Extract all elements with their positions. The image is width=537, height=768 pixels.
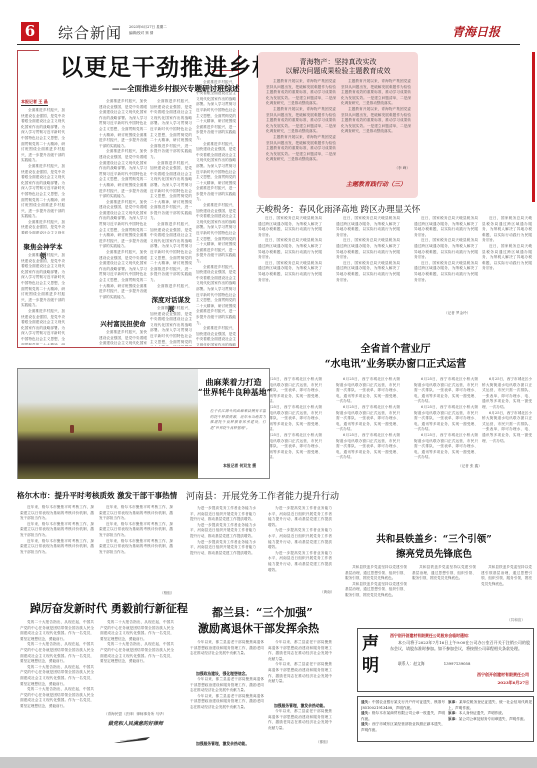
lead-col-1b: 全面推进乡村振兴，加快建设农业强国，是党中央着眼全面建设社会主义现代化国家作出的… bbox=[21, 253, 65, 345]
notice-body: 本公司将于2023年7月16日上午9:00在公司办公室召开关于注销公司的股东会议… bbox=[390, 640, 530, 658]
notice-box: 声明 西宁创开创建材有限责任公司股东会临时通知： 本公司将于2023年7月16日… bbox=[357, 628, 534, 692]
editors: 编辑/校对 窦 倩 bbox=[129, 31, 153, 36]
photo-caption: 位于长江源头的曲麻莱县拥有丰富的牦牛种质资源，近年来当地着力推进牦牛良种繁育体系… bbox=[210, 409, 266, 459]
loss-col-2: 原事：某单位税务登记证遗失，统一社会信用代码见上，声明作废。 原事：本人身份证遗… bbox=[448, 700, 532, 740]
water-title-line1: 全省首个营业厅 bbox=[258, 340, 533, 355]
boxed-title-line2: 以解决问题成果检验主题教育成效 bbox=[258, 66, 418, 76]
page-number: 6 bbox=[21, 22, 39, 41]
lead-col-4: 全面推进乡村振兴，加快建设农业强国，是党中央着眼全面建设社会主义现代化国家作出的… bbox=[196, 80, 236, 346]
essay-col-1: 党的二十大报告指出，从现在起，中国共产党的中心任务就是团结带领全国各族人民全面建… bbox=[20, 620, 94, 756]
photo-feature: 曲麻莱着力打造 “世界牦牛良种基地” 位于长江源头的曲麻莱县拥有丰富的牦牛种质资… bbox=[17, 368, 270, 479]
henan-title: 河南县：开展党务工作者能力提升行动 bbox=[186, 489, 339, 502]
dulan-col-2b: 今年以来，都兰县委老干部局聚焦离退休干部思想政治建设和服务管理工作，激励老同志在… bbox=[268, 709, 332, 739]
dulan-col-1: 今年以来，都兰县委老干部局聚焦离退休干部思想政治建设和服务管理工作，激励老同志在… bbox=[190, 640, 264, 670]
boxed-credit: （李 峰） bbox=[394, 166, 410, 171]
water-title-line2: “水电讯”业务联办窗口正式运营 bbox=[258, 355, 533, 370]
henan-col-1: 为进一步提高党务工作者业务能力水平，河南县近日组织开展党务工作者能力提升行动，推… bbox=[190, 506, 256, 590]
tianjun-col-2: 近日，国家税务总局天峻县税务局通过跨区域通办服务，为纳税人解决了异地办税难题，以… bbox=[336, 216, 400, 316]
boxed-article: 青海物产：坚持真改实改 以解决问题成果检验主题教育成效 主题教育开展以来，青海物… bbox=[258, 52, 418, 198]
gonghe-title-line2: 擦亮党员先锋底色 bbox=[336, 546, 532, 560]
essay-signature: 做党和人民满意的好律师 bbox=[108, 720, 163, 727]
gonghe-col-2: 共和县铁盖乡党委坚持以党建引领基层治理，通过思想引领、组织引领、服务引领，擦亮党… bbox=[412, 565, 476, 590]
loss-item: 原事：某单位税务登记证遗失，统一社会信用代码见上，声明作废。 bbox=[448, 700, 532, 711]
series-tag: 主题教育践行动（三） bbox=[346, 179, 406, 188]
gonghe-title-line1: 共和县铁盖乡：“三个引领” bbox=[336, 531, 532, 545]
lead-col-1: 全面推进乡村振兴，加快建设农业强国，是党中央着眼全面建设社会主义现代化国家作出的… bbox=[21, 108, 65, 234]
essay-title: 踔厉奋发新时代 勇毅前行新征程 bbox=[30, 600, 188, 616]
tianjun-col-4: 近日，国家税务总局天峻县税务局通过跨区域通办服务，为纳税人解决了异地办税难题，以… bbox=[482, 216, 532, 316]
newspaper-logo: 青海日报 bbox=[452, 23, 500, 40]
henan-col-2: 为进一步提高党务工作者业务能力水平，河南县近日组织开展党务工作者能力提升行动，推… bbox=[268, 506, 332, 590]
water-credit: （记者 张 鑫） bbox=[458, 464, 482, 469]
loss-item: 遗失：中国农业银行某支行开户许可证遗失，核准号J8510021913408，声明… bbox=[361, 700, 445, 711]
lead-byline: 本报记者 王 晶 bbox=[21, 99, 48, 106]
dulan-title-line1: 都兰县：“三个加强” bbox=[212, 604, 313, 620]
herder-2 bbox=[158, 423, 162, 431]
issue-date: 2023年6月27日 星期二 bbox=[129, 25, 167, 30]
water-col-2: 6月25日，西宁市城北区小桥大街街道水电讯联办窗口正式运营，市民只需一次排队、一… bbox=[336, 377, 400, 463]
boxed-col-1: 主题教育开展以来，青海物产集团党委坚持从问题出发，把破解发展难题作为检验主题教育… bbox=[266, 79, 336, 193]
loss-item: 原事：某公司公章及财务专用章遗失，声明作废。 bbox=[448, 717, 532, 723]
dulan-title-line2: 激励离退休干部发挥余热 bbox=[198, 620, 319, 636]
notice-label: 声明 bbox=[362, 633, 382, 677]
notice-date: 2023年6月27日 bbox=[498, 680, 529, 686]
gonghe-col-1: 共和县铁盖乡党委坚持以党建引领基层治理，通过思想引领、组织引领、服务引领，擦亮党… bbox=[345, 565, 407, 605]
essay-credit: （青海民盟（法律）律师事务所 马华） bbox=[104, 712, 166, 717]
pen-icon bbox=[112, 729, 152, 737]
tianjun-title: 天峻税务：春风化雨泽高地 跨区办理显关怀 bbox=[256, 203, 420, 215]
essay-col-2: 党的二十大报告指出，从现在起，中国共产党的中心任务就是团结带领全国各族人民全面建… bbox=[100, 620, 174, 700]
geermu-col-1: 近年来，格尔木市聚焦平时考核工作，探索建立以日常表现为基础的考核评价机制，激发干… bbox=[20, 505, 94, 593]
gonghe-credit: （共和宣） bbox=[507, 618, 525, 623]
notice-company: 西宁创开创建材有限责任公司 bbox=[477, 672, 529, 678]
geermu-col-2: 近年来，格尔木市聚焦平时考核工作，探索建立以日常表现为基础的考核评价机制，激发干… bbox=[99, 505, 173, 593]
water-col-4: 6月25日，西宁市城北区小桥大街街道水电讯联办窗口正式运营，市民只需一次排队、一… bbox=[482, 377, 532, 463]
notice-title: 西宁创开创建材有限责任公司股东会临时通知： bbox=[390, 633, 472, 639]
photo-title-line2: “世界牦牛良种基地” bbox=[198, 387, 269, 398]
lead-col-2b: 全面推进乡村振兴，加快建设农业强国，是党中央着眼全面建设社会主义现代化国家作出的… bbox=[99, 330, 147, 346]
lead-col-3b: 全面推进乡村振兴，加快建设农业强国，是党中央着眼全面建设社会主义现代化国家作出的… bbox=[150, 306, 192, 346]
herder-1 bbox=[70, 425, 74, 433]
tianjun-col-1: 近日，国家税务总局天峻县税务局通过跨区域通办服务，为纳税人解决了异地办税难题，以… bbox=[258, 216, 322, 316]
lead-subhead-2: 兴村富民担使命 bbox=[99, 319, 147, 328]
bottom-gray-bar bbox=[0, 757, 537, 768]
loss-item: 遗失：西宁市城东区某经营部营业执照正副本遗失，声明作废。 bbox=[361, 722, 445, 733]
loss-item: 遗失：格尔木市某商贸有限公司公章一枚遗失，声明作废。 bbox=[361, 711, 445, 722]
tianjun-col-3: 近日，国家税务总局天峻县税务局通过跨区域通办服务，为纳税人解决了异地办税难题，以… bbox=[414, 216, 478, 310]
geermu-credit: （格组） bbox=[160, 591, 174, 596]
dulan-credit: （都组） bbox=[316, 740, 330, 745]
boxed-col-2: 主题教育开展以来，青海物产集团党委坚持从问题出发，把破解发展难题作为检验主题教育… bbox=[341, 79, 411, 163]
dulan-col-1b: 今年以来，都兰县委老干部局聚焦离退休干部思想政治建设和服务管理工作，激励老同志在… bbox=[190, 677, 264, 735]
photo-credit: 本报记者 何双龙 摄 bbox=[223, 463, 256, 469]
dulan-col-2: 今年以来，都兰县委老干部局聚焦离退休干部思想政治建设和服务管理工作，激励老同志在… bbox=[268, 640, 332, 698]
lead-col-2: 全面推进乡村振兴，加快建设农业强国，是党中央着眼全面建设社会主义现代化国家作出的… bbox=[99, 99, 147, 311]
notice-contact: 联系人：赵文海 13997139058 bbox=[398, 661, 470, 667]
section-title: 综合新闻 bbox=[58, 22, 122, 43]
red-accent-bar bbox=[532, 52, 535, 202]
henan-credit: （黄南） bbox=[320, 590, 334, 595]
loss-col-1: 遗失：中国农业银行某支行开户许可证遗失，核准号J8510021913408，声明… bbox=[361, 700, 445, 740]
gonghe-col-3: 共和县铁盖乡党委坚持以党建引领基层治理，通过思想引领、组织引领、服务引领，擦亮党… bbox=[481, 565, 532, 590]
dulan-inline-head-2: 加强服务管理，激发余热动能。 bbox=[196, 741, 249, 747]
lead-col-3: 全面推进乡村振兴，加快建设农业强国，是党中央着眼全面建设社会主义现代化国家作出的… bbox=[150, 99, 192, 289]
tianjun-credit: （记者 罗金玲） bbox=[444, 311, 470, 316]
masthead: 6 综合新闻 2023年6月27日 星期二 编辑/校对 窦 倩 青海日报 bbox=[17, 22, 520, 45]
lead-border-top-left bbox=[17, 50, 39, 51]
loss-notices: 遗失：中国农业银行某支行开户许可证遗失，核准号J8510021913408，声明… bbox=[357, 696, 534, 742]
yak-herd-photo bbox=[18, 369, 198, 479]
water-col-3: 6月25日，西宁市城北区小桥大街街道水电讯联办窗口正式运营，市民只需一次排队、一… bbox=[414, 377, 478, 463]
geermu-title: 格尔木市：提升平时考核质效 激发干部干事热情 bbox=[17, 490, 177, 501]
